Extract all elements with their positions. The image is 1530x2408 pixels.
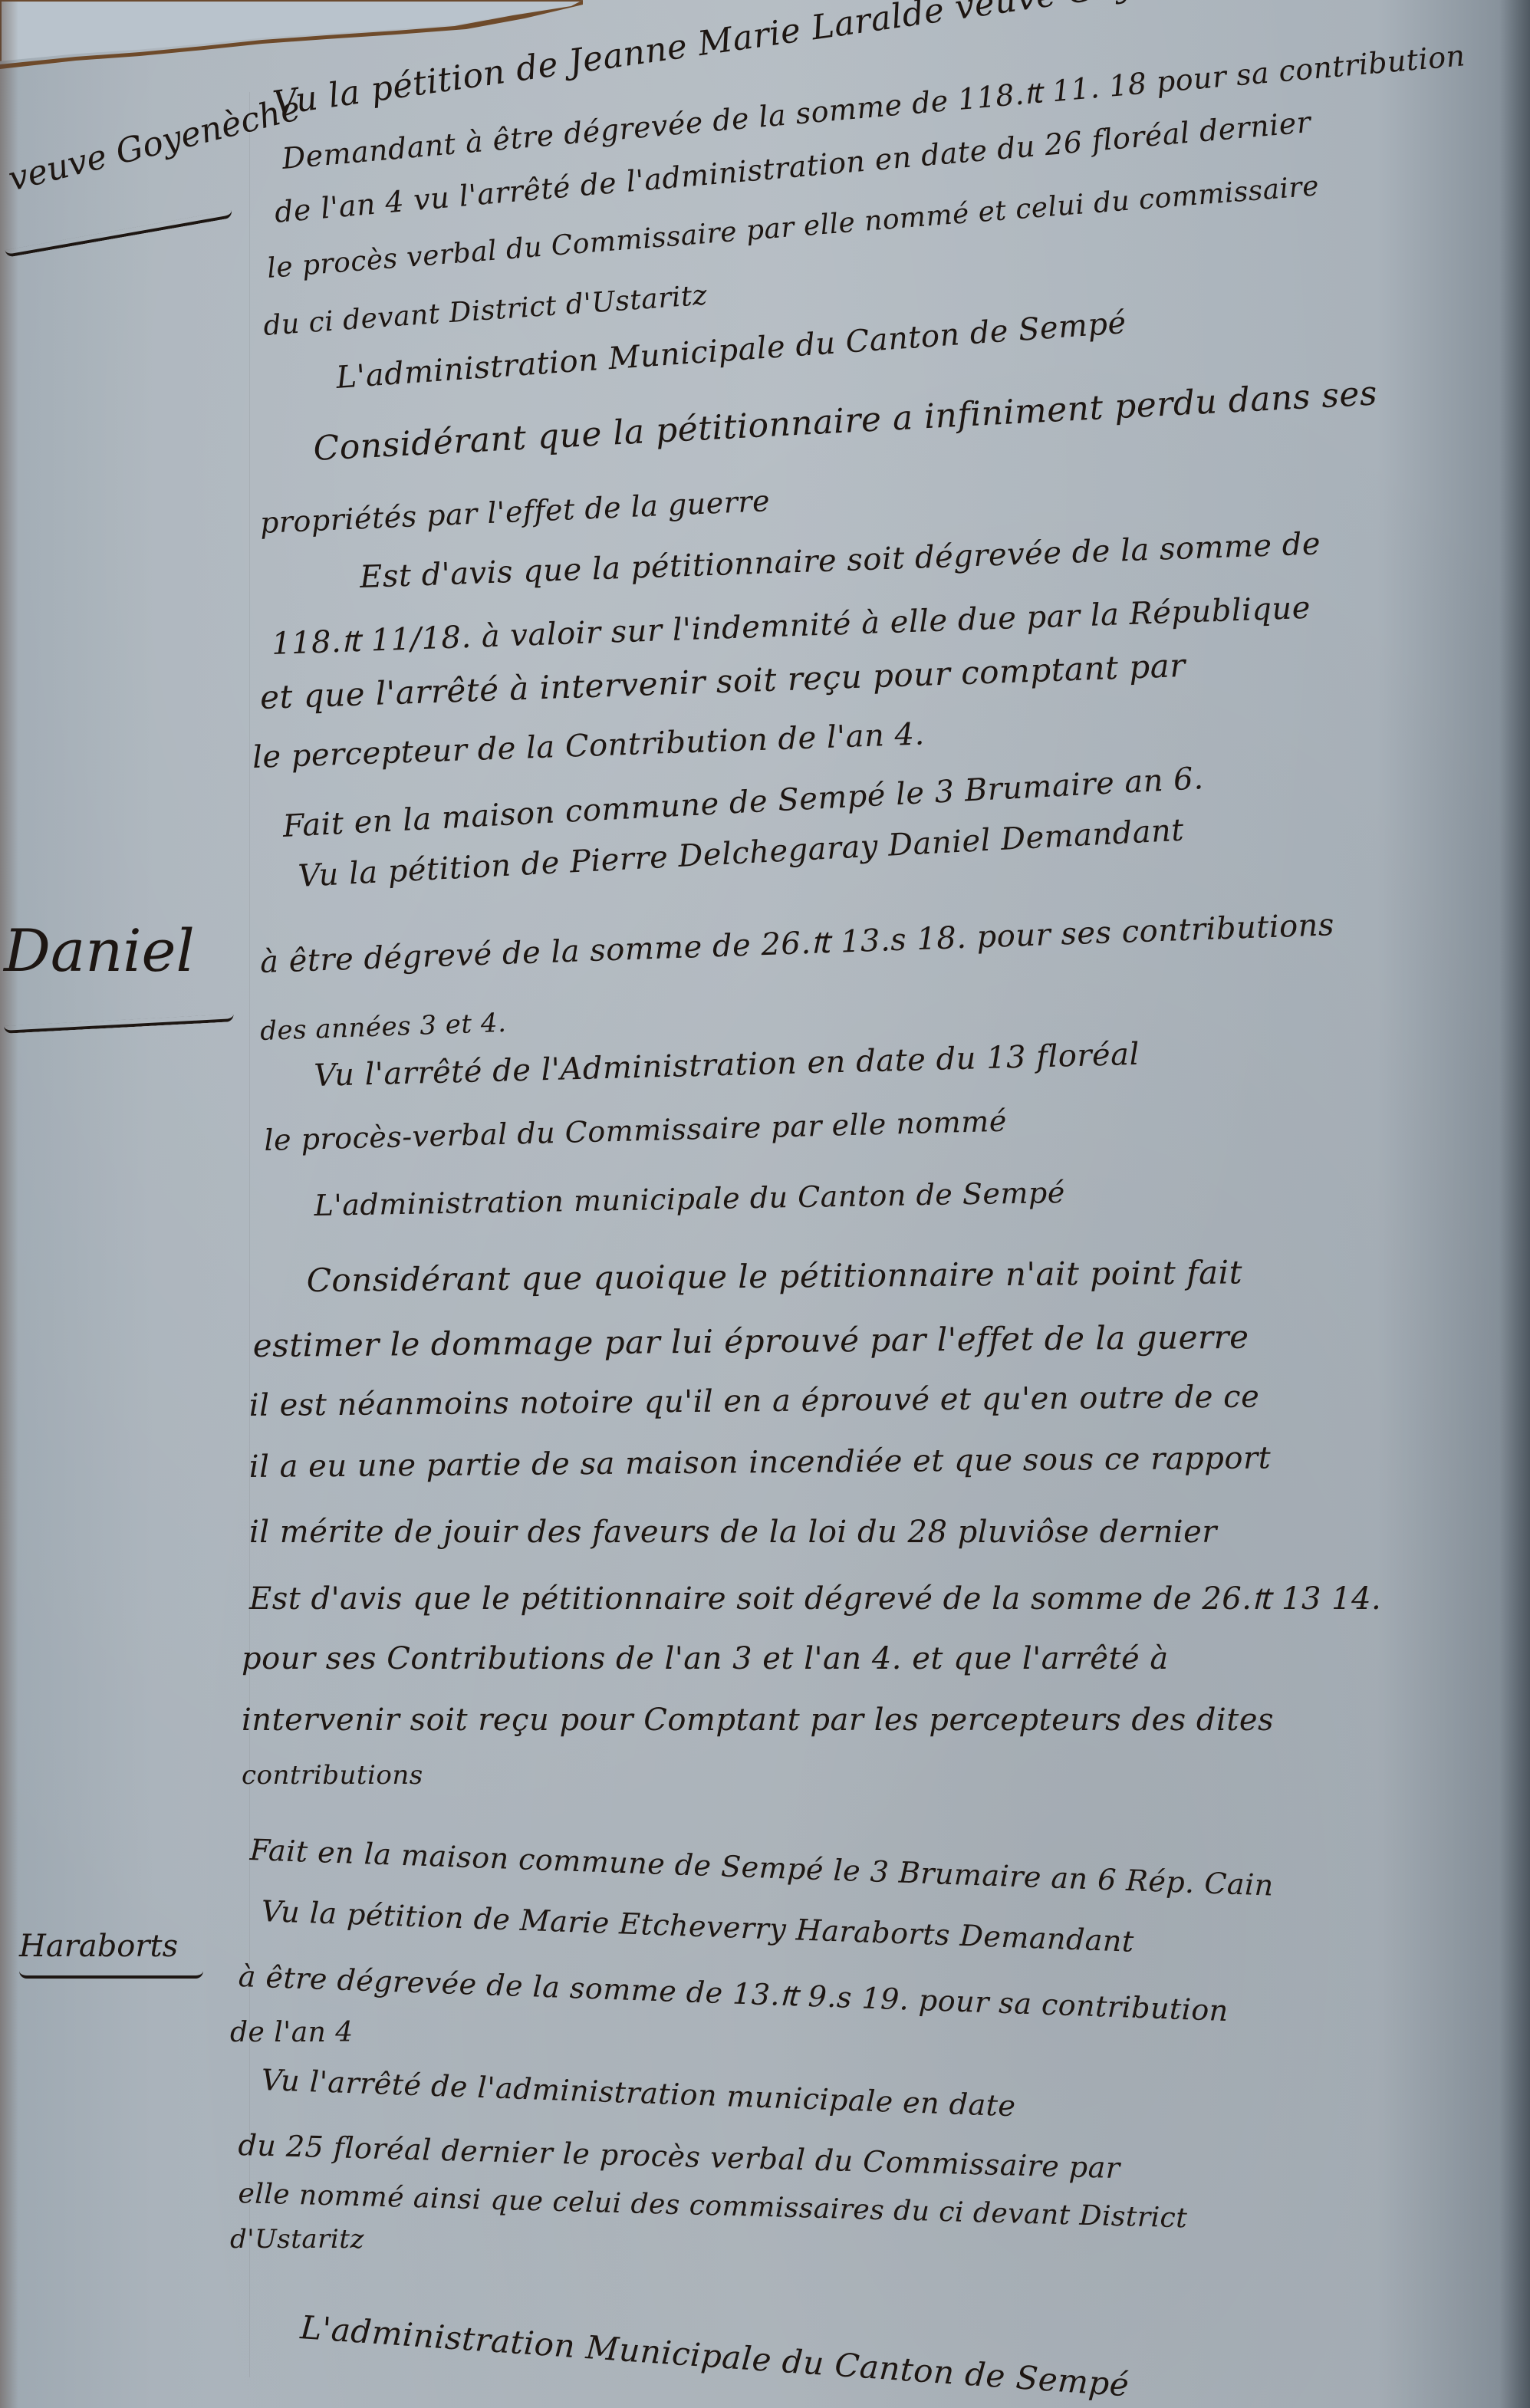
text-line: il mérite de jouir des faveurs de la loi… [249,1515,1217,1550]
margin-flourish [19,1971,203,1979]
text-line: à être dégrevé de la somme de 26.₶ 13.s … [259,902,1335,982]
entry-heading: L'administration Municipale du Canton de… [299,2308,1130,2403]
text-line: il est néanmoins notoire qu'il en a épro… [249,1380,1260,1423]
text-line: de l'an 4 [230,2017,354,2048]
text-line: Est d'avis que le pétitionnaire soit dég… [249,1576,1381,1618]
text-line: des années 3 et 4. [260,1008,507,1047]
text-line: contributions [242,1760,423,1791]
text-line: elle nommé ainsi que celui des commissai… [238,2178,1188,2234]
text-line: Vu l'arrêté de l'Administration en date … [314,1037,1140,1094]
manuscript-page: veuve Goyenèche Vu la pétition de Jeanne… [0,0,1530,2408]
binding-shadow [1499,0,1530,2408]
margin-flourish [4,1014,234,1034]
text-line: d'Ustaritz [230,2224,364,2255]
text-line: Est d'avis que la pétitionnaire soit dég… [359,526,1321,595]
text-line: du ci devant District d'Ustaritz [262,280,708,342]
text-line: il a eu une partie de sa maison incendié… [249,1440,1272,1485]
text-line: intervenir soit reçu pour Comptant par l… [242,1702,1274,1738]
text-line: le procès-verbal du Commissaire par elle… [264,1104,1007,1157]
page-left-shadow [0,0,18,2408]
signature-line: Fait en la maison commune de Sempé le 3 … [249,1833,1274,1903]
text-line: le percepteur de la Contribution de l'an… [252,716,925,775]
text-line: Vu l'arrêté de l'administration municipa… [261,2063,1016,2123]
text-line: propriétés par l'effet de la guerre [259,484,771,540]
margin-name-goyeneche: veuve Goyenèche [5,89,304,199]
text-line: du 25 floréal dernier le procès verbal d… [238,2128,1120,2185]
text-line: Considérant que la pétitionnaire a infin… [312,373,1378,469]
margin-flourish [5,210,232,258]
text-line: pour ses Contributions de l'an 3 et l'an… [242,1641,1169,1676]
margin-name-haraborts: Haraborts [19,1929,178,1964]
entry-heading: L'administration municipale du Canton de… [314,1176,1065,1222]
text-line: estimer le dommage par lui éprouvé par l… [253,1318,1249,1364]
margin-name-daniel: Daniel [4,916,195,985]
text-line: Vu la pétition de Marie Etcheverry Harab… [261,1894,1134,1959]
text-line: à être dégrevée de la somme de 13.₶ 9.s … [238,1956,1229,2030]
text-line: Considérant que quoique le pétitionnaire… [307,1253,1243,1299]
